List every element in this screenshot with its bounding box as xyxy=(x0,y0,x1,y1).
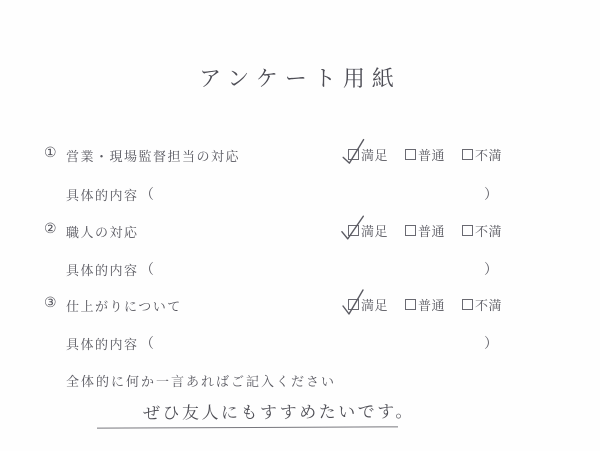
detail-row-2: 具体的内容 （ ） xyxy=(0,259,600,279)
option-group: 満足 普通 不満 xyxy=(348,145,502,164)
option-label: 満足 xyxy=(361,145,388,164)
page-title: アンケート用紙 xyxy=(0,62,600,93)
option-label: 不満 xyxy=(475,145,502,164)
detail-label: 具体的内容 xyxy=(66,260,139,279)
question-label: 仕上がりについて xyxy=(66,296,182,315)
checkbox-satisfied-checked[interactable] xyxy=(348,149,359,160)
survey-sheet: アンケート用紙 ① 営業・現場監督担当の対応 満足 普通 不満 xyxy=(0,0,600,451)
paren-close: ） xyxy=(484,184,498,204)
checkbox-normal[interactable] xyxy=(405,149,416,160)
question-row-1: ① 営業・現場監督担当の対応 満足 普通 不満 xyxy=(0,145,600,165)
option-satisfied[interactable]: 満足 xyxy=(348,221,388,240)
option-normal[interactable]: 普通 xyxy=(405,221,445,240)
option-label: 普通 xyxy=(418,145,445,164)
option-label: 不満 xyxy=(475,295,502,314)
option-label: 普通 xyxy=(418,295,445,314)
question-row-2: ② 職人の対応 満足 普通 不満 xyxy=(0,221,600,241)
question-label: 営業・現場監督担当の対応 xyxy=(66,146,240,165)
checkbox-normal[interactable] xyxy=(405,225,416,236)
option-dissatisfied[interactable]: 不満 xyxy=(462,295,502,314)
option-dissatisfied[interactable]: 不満 xyxy=(462,145,502,164)
paren-open: （ xyxy=(140,259,154,279)
comment-underline xyxy=(97,425,398,428)
checkbox-satisfied-checked[interactable] xyxy=(348,225,359,236)
question-number: ② xyxy=(44,221,57,238)
checkbox-dissatisfied[interactable] xyxy=(462,225,473,236)
paren-close: ） xyxy=(484,259,498,279)
detail-row-1: 具体的内容 （ ） xyxy=(0,184,600,204)
overall-prompt-row: 全体的に何か一言あればご記入ください xyxy=(0,370,600,390)
option-dissatisfied[interactable]: 不満 xyxy=(462,221,502,240)
question-number: ③ xyxy=(44,295,57,312)
checkbox-dissatisfied[interactable] xyxy=(462,149,473,160)
question-row-3: ③ 仕上がりについて 満足 普通 不満 xyxy=(0,295,600,315)
option-label: 普通 xyxy=(418,221,445,240)
option-label: 満足 xyxy=(361,295,388,314)
option-normal[interactable]: 普通 xyxy=(405,145,445,164)
checkbox-dissatisfied[interactable] xyxy=(462,299,473,310)
paren-open: （ xyxy=(140,184,154,204)
option-satisfied[interactable]: 満足 xyxy=(348,145,388,164)
checkbox-satisfied-checked[interactable] xyxy=(348,299,359,310)
option-group: 満足 普通 不満 xyxy=(348,295,502,314)
option-group: 満足 普通 不満 xyxy=(348,221,502,240)
detail-row-3: 具体的内容 （ ） xyxy=(0,333,600,353)
paren-close: ） xyxy=(484,333,498,353)
overall-prompt-label: 全体的に何か一言あればご記入ください xyxy=(66,371,336,390)
option-normal[interactable]: 普通 xyxy=(405,295,445,314)
question-number: ① xyxy=(44,145,57,162)
checkbox-normal[interactable] xyxy=(405,299,416,310)
detail-label: 具体的内容 xyxy=(66,334,139,353)
detail-label: 具体的内容 xyxy=(66,185,139,204)
handwritten-comment: ぜひ友人にもすすめたいです。 xyxy=(143,397,415,424)
paren-open: （ xyxy=(140,333,154,353)
option-label: 満足 xyxy=(361,221,388,240)
option-satisfied[interactable]: 満足 xyxy=(348,295,388,314)
option-label: 不満 xyxy=(475,221,502,240)
question-label: 職人の対応 xyxy=(66,222,139,241)
